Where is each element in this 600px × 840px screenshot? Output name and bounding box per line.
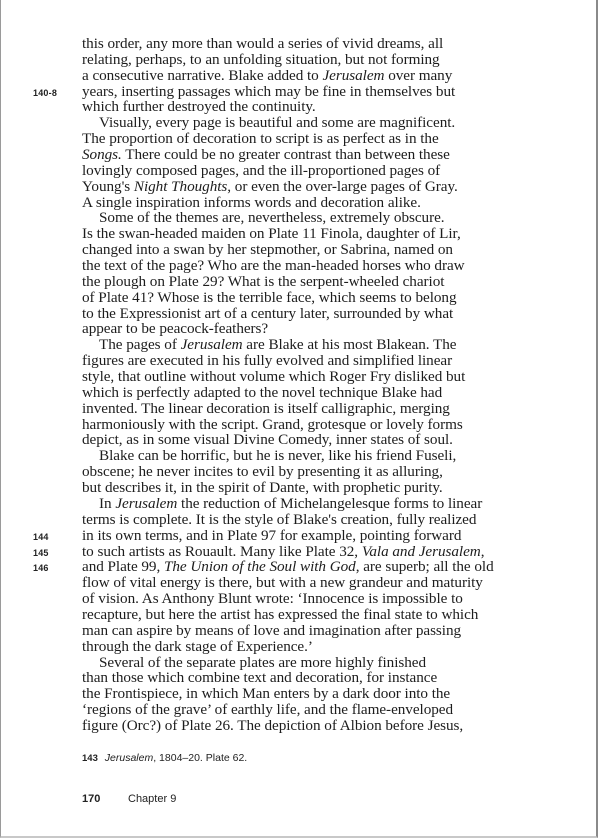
book-page: 140-8144145146 this order, any more than… bbox=[0, 0, 598, 838]
text-run: through the dark stage of Experience.’ bbox=[82, 638, 313, 655]
text-line: lovingly composed pages, and the ill-pro… bbox=[82, 163, 482, 179]
text-run: , or even the over-large pages of Gray. bbox=[227, 178, 458, 195]
text-run: are Blake at his most Blakean. The bbox=[243, 336, 457, 353]
text-line: the plough on Plate 29? What is the serp… bbox=[82, 274, 482, 290]
text-run: this order, any more than would a series… bbox=[82, 35, 443, 52]
margin-plate-reference: 145 bbox=[33, 548, 49, 558]
text-run: Some of the themes are, nevertheless, ex… bbox=[99, 209, 445, 226]
text-run: Several of the separate plates are more … bbox=[99, 654, 426, 671]
text-line: appear to be peacock-feathers? bbox=[82, 321, 482, 337]
caption-details: , 1804–20. Plate 62. bbox=[153, 752, 247, 764]
text-run: in its own terms, and in Plate 97 for ex… bbox=[82, 527, 461, 544]
text-run: figures are executed in his fully evolve… bbox=[82, 352, 452, 369]
text-line: obscene; he never incites to evil by pre… bbox=[82, 464, 482, 480]
text-line: figures are executed in his fully evolve… bbox=[82, 353, 482, 369]
text-line: depict, as in some visual Divine Comedy,… bbox=[82, 432, 482, 448]
text-line: and Plate 99, The Union of the Soul with… bbox=[82, 559, 482, 575]
text-line: Young's Night Thoughts, or even the over… bbox=[82, 179, 482, 195]
text-run: ‘regions of the grave’ of earthly life, … bbox=[82, 701, 453, 718]
text-run: which further destroyed the continuity. bbox=[82, 98, 316, 115]
text-run: depict, as in some visual Divine Comedy,… bbox=[82, 431, 453, 448]
text-line: which further destroyed the continuity. bbox=[82, 99, 482, 115]
text-run: changed into a swan by her stepmother, o… bbox=[82, 241, 453, 258]
text-line: A single inspiration informs words and d… bbox=[82, 195, 482, 211]
text-line: than those which combine text and decora… bbox=[82, 670, 482, 686]
text-line: the text of the page? Who are the man-he… bbox=[82, 258, 482, 274]
text-run: , are superb; all the old bbox=[356, 558, 494, 575]
text-run: years, inserting passages which may be f… bbox=[82, 83, 455, 100]
text-run: to such artists as Rouault. Many like Pl… bbox=[82, 543, 362, 560]
italic-title: Vala and Jerusalem bbox=[362, 543, 481, 560]
text-run: style, that outline without volume which… bbox=[82, 368, 465, 385]
body-text: this order, any more than would a series… bbox=[82, 36, 482, 734]
text-run: Blake can be horrific, but he is never, … bbox=[99, 447, 456, 464]
text-run: In bbox=[99, 495, 115, 512]
text-line: Some of the themes are, nevertheless, ex… bbox=[82, 210, 482, 226]
chapter-label: Chapter 9 bbox=[128, 793, 176, 805]
text-run: A single inspiration informs words and d… bbox=[82, 194, 421, 211]
text-line: recapture, but here the artist has expre… bbox=[82, 607, 482, 623]
text-line: harmoniously with the script. Grand, gro… bbox=[82, 417, 482, 433]
italic-title: Jerusalem bbox=[181, 336, 243, 353]
text-run: and Plate 99, bbox=[82, 558, 164, 575]
text-run: flow of vital energy is there, but with … bbox=[82, 574, 483, 591]
text-line: Songs. There could be no greater contras… bbox=[82, 147, 482, 163]
italic-title: Jerusalem bbox=[115, 495, 177, 512]
text-line: a consecutive narrative. Blake added to … bbox=[82, 68, 482, 84]
page-number: 170 bbox=[82, 793, 100, 805]
figure-caption: 143 Jerusalem, 1804–20. Plate 62. bbox=[82, 752, 247, 764]
text-run: over many bbox=[384, 67, 452, 84]
text-line: to the Expressionist art of a century la… bbox=[82, 306, 482, 322]
text-run: than those which combine text and decora… bbox=[82, 669, 437, 686]
italic-title: Songs. bbox=[82, 146, 122, 163]
margin-plate-reference: 140-8 bbox=[33, 88, 57, 98]
text-run: harmoniously with the script. Grand, gro… bbox=[82, 416, 463, 433]
text-line: changed into a swan by her stepmother, o… bbox=[82, 242, 482, 258]
text-line: Is the swan-headed maiden on Plate 11 Fi… bbox=[82, 226, 482, 242]
text-line: Blake can be horrific, but he is never, … bbox=[82, 448, 482, 464]
text-run: the reduction of Michelangelesque forms … bbox=[177, 495, 482, 512]
text-line: ‘regions of the grave’ of earthly life, … bbox=[82, 702, 482, 718]
text-run: invented. The linear decoration is itsel… bbox=[82, 400, 450, 417]
text-line: of vision. As Anthony Blunt wrote: ‘Inno… bbox=[82, 591, 482, 607]
text-run: , bbox=[481, 543, 485, 560]
text-line: The pages of Jerusalem are Blake at his … bbox=[82, 337, 482, 353]
text-run: man can aspire by means of love and imag… bbox=[82, 622, 461, 639]
caption-number: 143 bbox=[82, 753, 98, 764]
text-line: relating, perhaps, to an unfolding situa… bbox=[82, 52, 482, 68]
text-line: to such artists as Rouault. Many like Pl… bbox=[82, 544, 482, 560]
text-line: figure (Orc?) of Plate 26. The depiction… bbox=[82, 718, 482, 734]
text-run: the Frontispiece, in which Man enters by… bbox=[82, 685, 450, 702]
text-run: relating, perhaps, to an unfolding situa… bbox=[82, 51, 440, 68]
text-line: years, inserting passages which may be f… bbox=[82, 84, 482, 100]
text-run: the plough on Plate 29? What is the serp… bbox=[82, 273, 444, 290]
text-run: which is perfectly adapted to the novel … bbox=[82, 384, 442, 401]
text-run: of Plate 41? Whose is the terrible face,… bbox=[82, 289, 457, 306]
text-run: The pages of bbox=[99, 336, 181, 353]
text-run: the text of the page? Who are the man-he… bbox=[82, 257, 465, 274]
text-run: There could be no greater contrast than … bbox=[122, 146, 450, 163]
text-run: figure (Orc?) of Plate 26. The depiction… bbox=[82, 717, 463, 734]
italic-title: The Union of the Soul with God bbox=[164, 558, 356, 575]
text-run: lovingly composed pages, and the ill-pro… bbox=[82, 162, 440, 179]
margin-plate-reference: 144 bbox=[33, 532, 49, 542]
text-run: a consecutive narrative. Blake added to bbox=[82, 67, 322, 84]
text-line: The proportion of decoration to script i… bbox=[82, 131, 482, 147]
text-line: in its own terms, and in Plate 97 for ex… bbox=[82, 528, 482, 544]
text-line: flow of vital energy is there, but with … bbox=[82, 575, 482, 591]
text-line: man can aspire by means of love and imag… bbox=[82, 623, 482, 639]
text-line: style, that outline without volume which… bbox=[82, 369, 482, 385]
text-line: Visually, every page is beautiful and so… bbox=[82, 115, 482, 131]
text-run: recapture, but here the artist has expre… bbox=[82, 606, 478, 623]
text-run: terms is complete. It is the style of Bl… bbox=[82, 511, 476, 528]
text-run: but describes it, in the spirit of Dante… bbox=[82, 479, 443, 496]
caption-title: Jerusalem bbox=[105, 752, 153, 764]
text-line: the Frontispiece, in which Man enters by… bbox=[82, 686, 482, 702]
text-run: Visually, every page is beautiful and so… bbox=[99, 114, 455, 131]
italic-title: Night Thoughts bbox=[134, 178, 227, 195]
text-line: through the dark stage of Experience.’ bbox=[82, 639, 482, 655]
text-line: invented. The linear decoration is itsel… bbox=[82, 401, 482, 417]
italic-title: Jerusalem bbox=[322, 67, 384, 84]
text-line: which is perfectly adapted to the novel … bbox=[82, 385, 482, 401]
text-line: In Jerusalem the reduction of Michelange… bbox=[82, 496, 482, 512]
text-line: Several of the separate plates are more … bbox=[82, 655, 482, 671]
text-run: obscene; he never incites to evil by pre… bbox=[82, 463, 443, 480]
text-run: appear to be peacock-feathers? bbox=[82, 320, 268, 337]
text-run: Is the swan-headed maiden on Plate 11 Fi… bbox=[82, 225, 461, 242]
text-run: to the Expressionist art of a century la… bbox=[82, 305, 453, 322]
text-line: this order, any more than would a series… bbox=[82, 36, 482, 52]
text-line: of Plate 41? Whose is the terrible face,… bbox=[82, 290, 482, 306]
margin-plate-reference: 146 bbox=[33, 563, 49, 573]
text-line: but describes it, in the spirit of Dante… bbox=[82, 480, 482, 496]
text-line: terms is complete. It is the style of Bl… bbox=[82, 512, 482, 528]
text-run: The proportion of decoration to script i… bbox=[82, 130, 439, 147]
text-run: Young's bbox=[82, 178, 134, 195]
text-run: of vision. As Anthony Blunt wrote: ‘Inno… bbox=[82, 590, 463, 607]
